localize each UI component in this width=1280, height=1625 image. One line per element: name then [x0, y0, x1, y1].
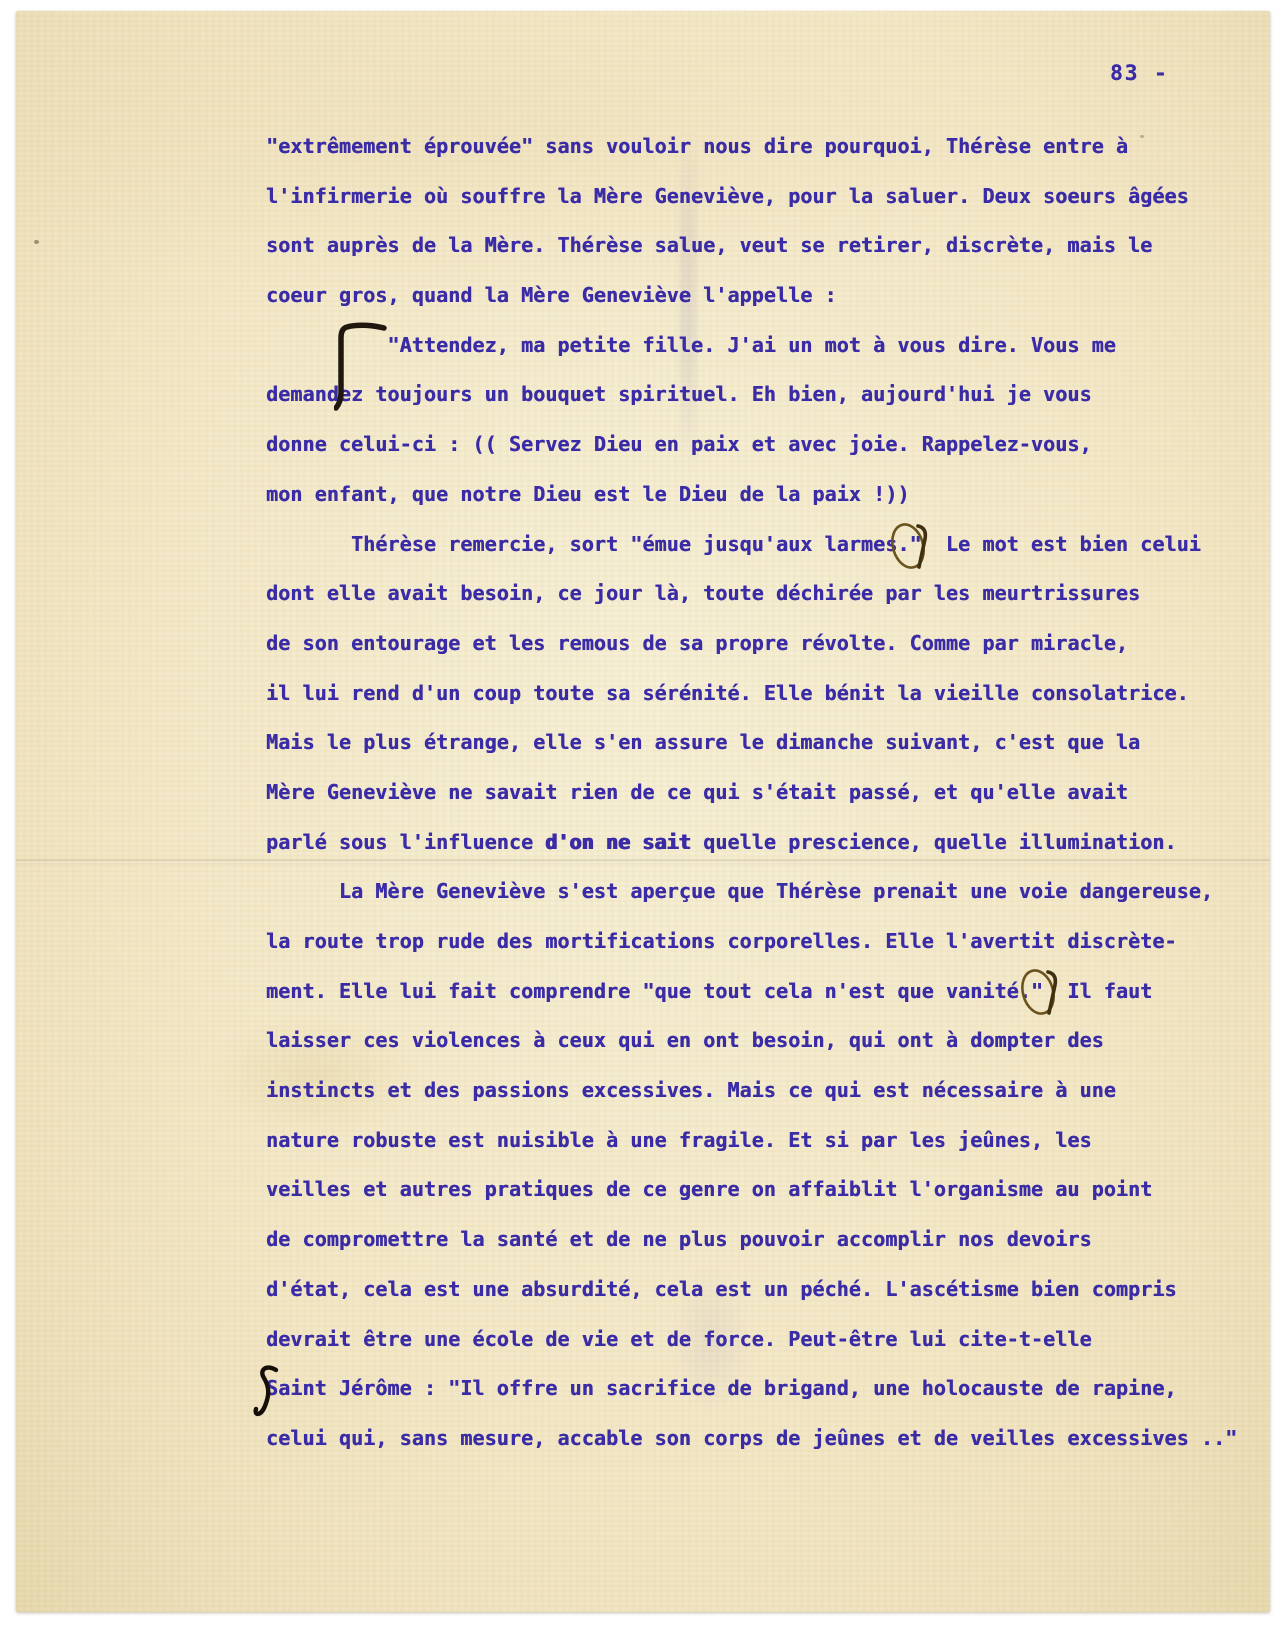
page-number: 83 - [1110, 61, 1169, 85]
typed-line: devrait être une école de vie et de forc… [266, 1315, 1256, 1365]
typed-line: Mère Geneviève ne savait rien de ce qui … [266, 768, 1256, 818]
typed-line: d'état, cela est une absurdité, cela est… [266, 1265, 1256, 1315]
paper-speck [34, 240, 39, 244]
typed-line: nature robuste est nuisible à une fragil… [266, 1116, 1256, 1166]
typed-line: La Mère Geneviève s'est aperçue que Thér… [266, 867, 1256, 917]
typed-line: demandez toujours un bouquet spirituel. … [266, 370, 1256, 420]
typed-line: ment. Elle lui fait comprendre "que tout… [266, 967, 1256, 1017]
typed-line: Mais le plus étrange, elle s'en assure l… [266, 718, 1256, 768]
typed-line: Saint Jérôme : "Il offre un sacrifice de… [266, 1364, 1256, 1414]
typed-line: de son entourage et les remous de sa pro… [266, 619, 1256, 669]
typed-line: mon enfant, que notre Dieu est le Dieu d… [266, 470, 1256, 520]
typed-line: celui qui, sans mesure, accable son corp… [266, 1414, 1256, 1464]
typed-line: dont elle avait besoin, ce jour là, tout… [266, 569, 1256, 619]
typed-line: Thérèse remercie, sort "émue jusqu'aux l… [266, 520, 1256, 570]
typed-lines: "extrêmement éprouvée" sans vouloir nous… [266, 122, 1256, 1464]
typed-line: sont auprès de la Mère. Thérèse salue, v… [266, 221, 1256, 271]
typed-line: donne celui-ci : (( Servez Dieu en paix … [266, 420, 1256, 470]
typed-line: veilles et autres pratiques de ce genre … [266, 1165, 1256, 1215]
typed-line: instincts et des passions excessives. Ma… [266, 1066, 1256, 1116]
typed-line: l'infirmerie où souffre la Mère Genevièv… [266, 172, 1256, 222]
typed-line: coeur gros, quand la Mère Geneviève l'ap… [266, 271, 1256, 321]
typed-line: parlé sous l'influence d'on ne sait quel… [266, 818, 1256, 868]
typed-line: "extrêmement éprouvée" sans vouloir nous… [266, 122, 1256, 172]
typed-line: la route trop rude des mortifications co… [266, 917, 1256, 967]
typed-line: il lui rend d'un coup toute sa sérénité.… [266, 669, 1256, 719]
typed-line: "Attendez, ma petite fille. J'ai un mot … [266, 321, 1256, 371]
typed-line: de compromettre la santé et de ne plus p… [266, 1215, 1256, 1265]
typed-line: laisser ces violences à ceux qui en ont … [266, 1016, 1256, 1066]
